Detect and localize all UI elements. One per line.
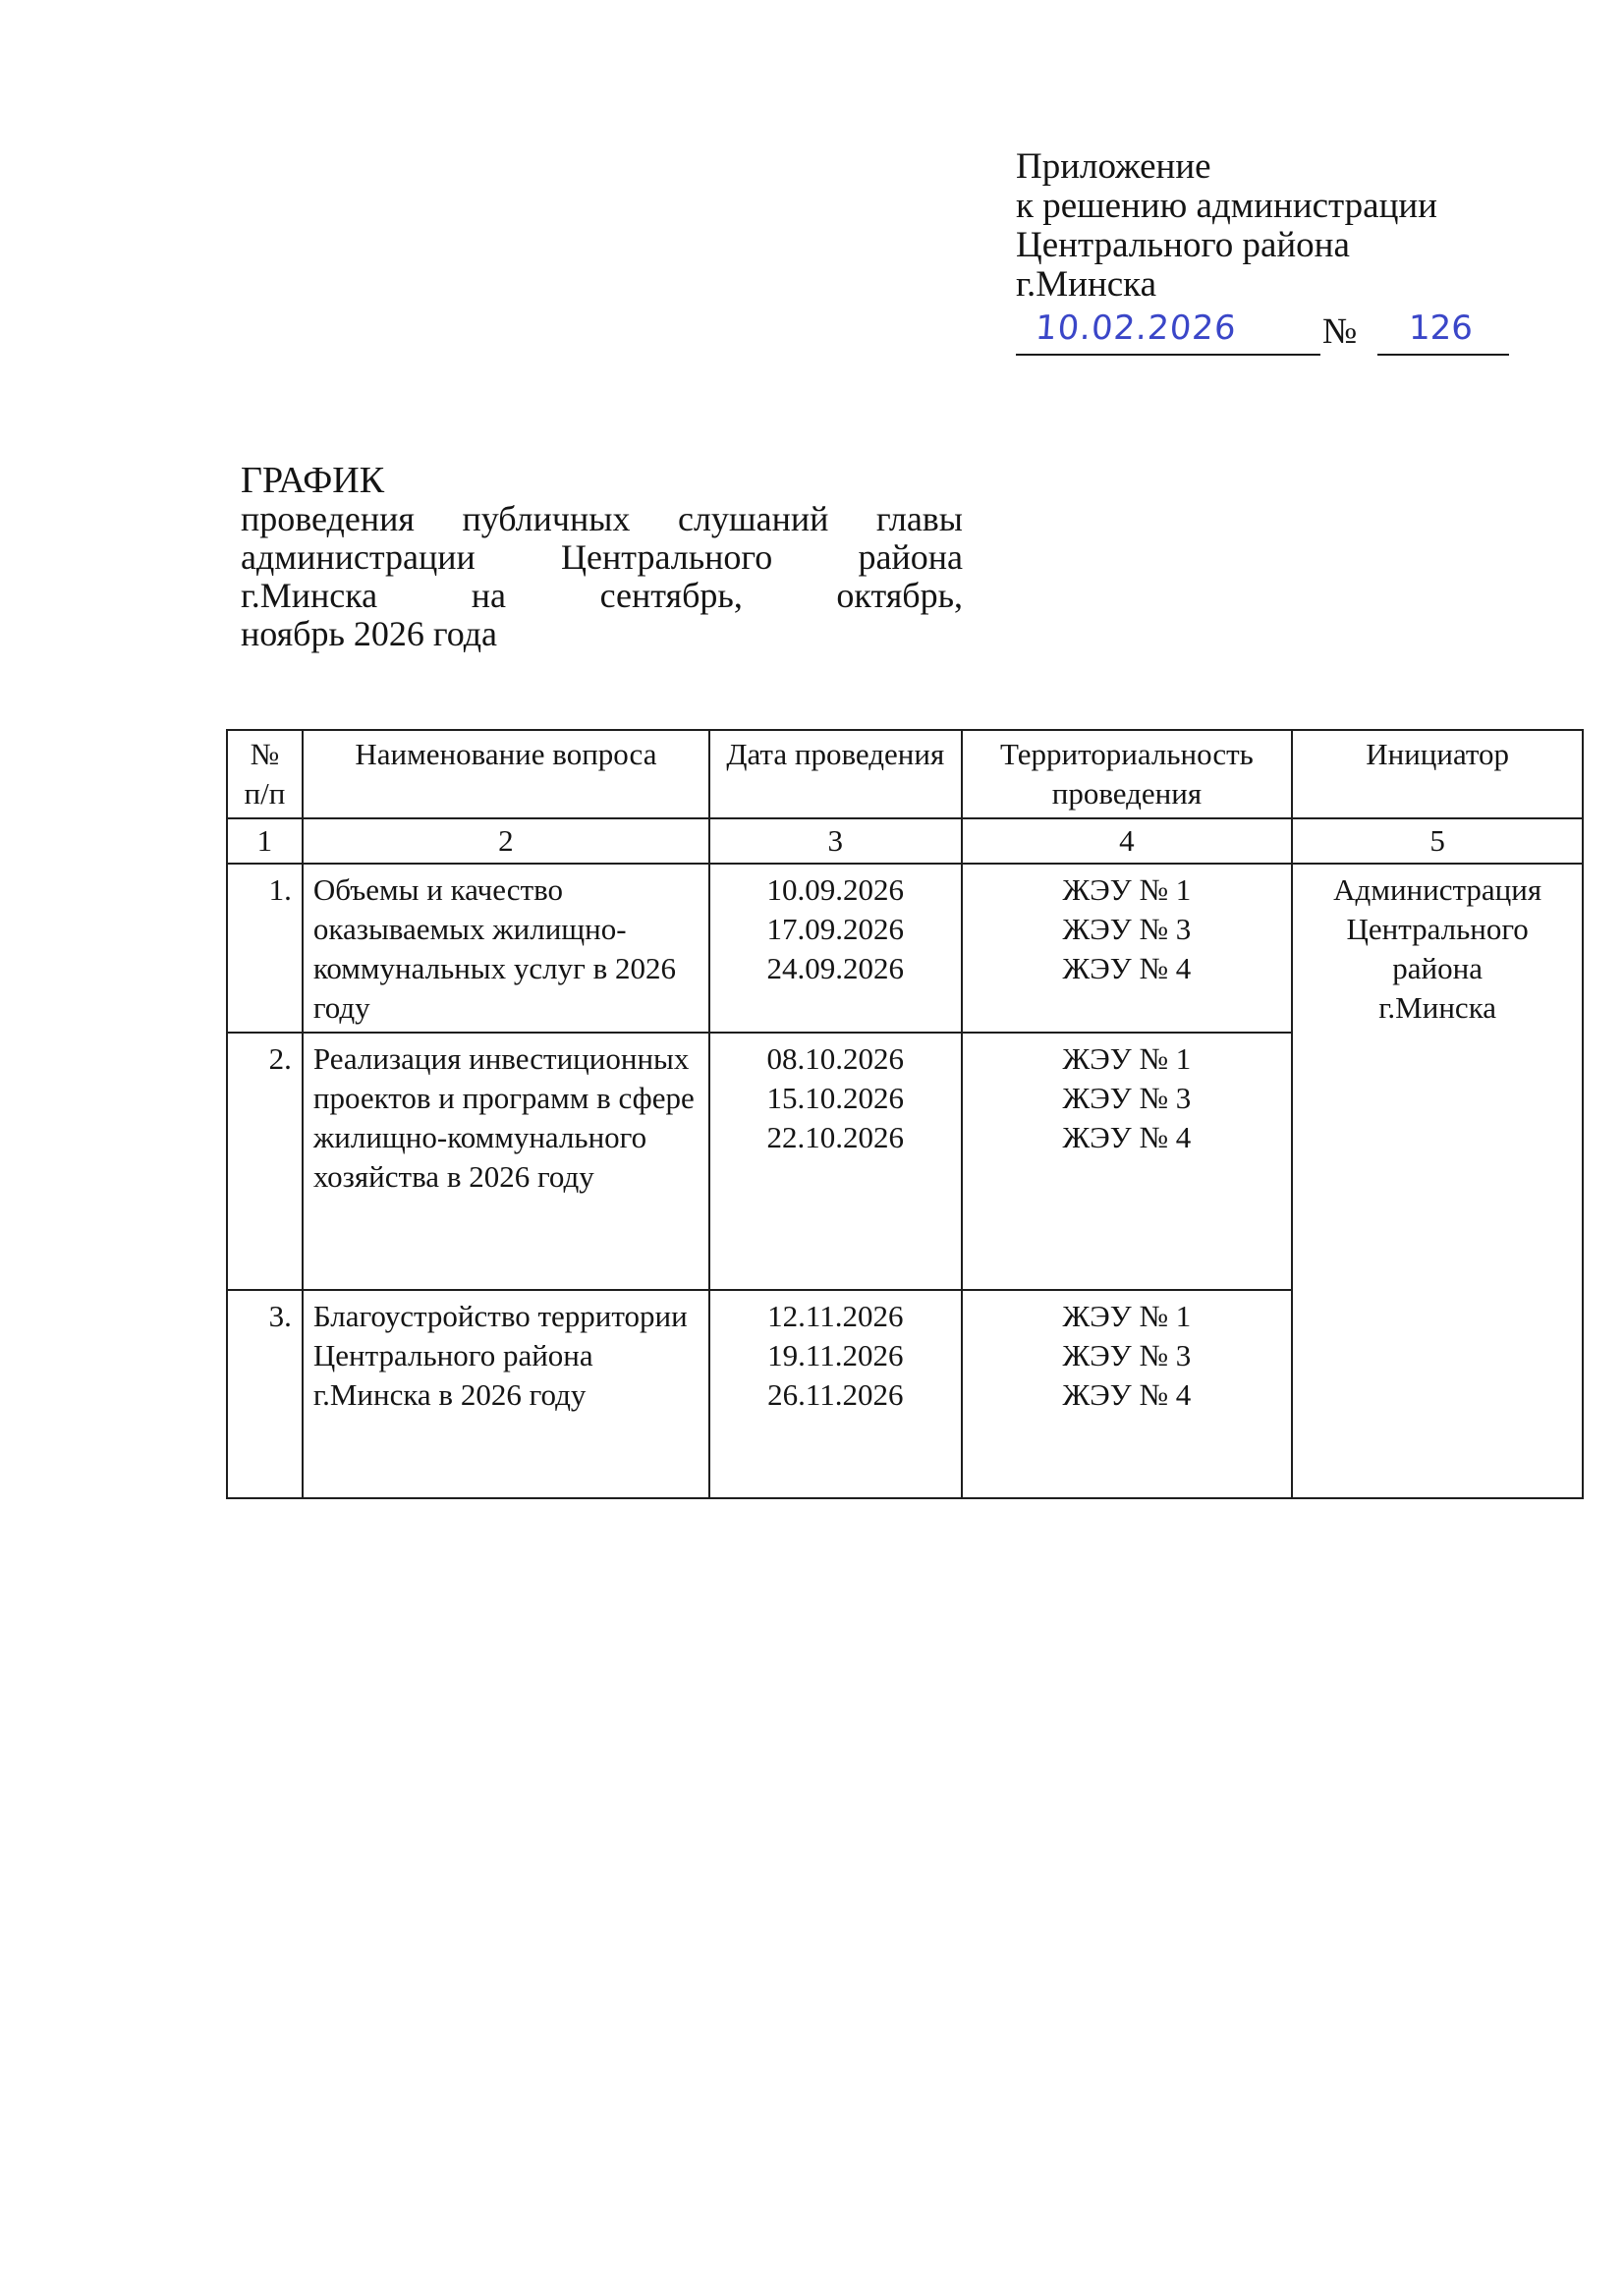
hearing-date: 26.11.2026 — [720, 1375, 951, 1415]
decision-reference: 10.02.2026 № 126 — [1016, 308, 1527, 360]
header-number: № п/п — [227, 730, 303, 818]
appendix-line: Приложение — [1016, 147, 1527, 187]
header-date: Дата проведения — [709, 730, 962, 818]
initiator-cell: Администрация Центрального района г.Минс… — [1292, 864, 1583, 1498]
header-location: Территориальность проведения — [962, 730, 1293, 818]
hearing-location: ЖЭУ № 3 — [973, 910, 1282, 949]
hearing-location: ЖЭУ № 4 — [973, 1118, 1282, 1157]
appendix-line: к решению администрации — [1016, 187, 1527, 226]
hearing-date: 12.11.2026 — [720, 1297, 951, 1336]
row-topic: Объемы и качество оказываемых жилищно-ко… — [303, 864, 709, 1033]
row-topic: Благоустройство территории Центрального … — [303, 1290, 709, 1498]
decision-date-field: 10.02.2026 — [1016, 308, 1320, 356]
appendix-line: г.Минска — [1016, 265, 1527, 305]
appendix-line: Центрального района — [1016, 226, 1527, 265]
row-dates: 12.11.2026 19.11.2026 26.11.2026 — [709, 1290, 962, 1498]
row-locations: ЖЭУ № 1 ЖЭУ № 3 ЖЭУ № 4 — [962, 1290, 1293, 1498]
decision-date: 10.02.2026 — [1035, 308, 1238, 348]
hearing-date: 15.10.2026 — [720, 1079, 951, 1118]
title-subtitle: проведения публичных слушаний главы адми… — [241, 500, 963, 653]
hearings-schedule-table: № п/п Наименование вопроса Дата проведен… — [226, 729, 1584, 1499]
row-dates: 10.09.2026 17.09.2026 24.09.2026 — [709, 864, 962, 1033]
hearing-date: 10.09.2026 — [720, 870, 951, 910]
initiator-line: Администрация — [1303, 870, 1572, 910]
document-page: Приложение к решению администрации Центр… — [0, 0, 1624, 2295]
column-number: 4 — [962, 818, 1293, 864]
hearing-location: ЖЭУ № 4 — [973, 949, 1282, 988]
hearing-location: ЖЭУ № 4 — [973, 1375, 1282, 1415]
appendix-block: Приложение к решению администрации Центр… — [1016, 147, 1527, 360]
hearing-date: 19.11.2026 — [720, 1336, 951, 1375]
initiator-line: г.Минска — [1303, 988, 1572, 1028]
row-topic: Реализация инвестиционных проектов и про… — [303, 1033, 709, 1290]
subtitle-line: администрации Центрального района — [241, 538, 963, 577]
column-number: 5 — [1292, 818, 1583, 864]
table-header-row: № п/п Наименование вопроса Дата проведен… — [227, 730, 1583, 818]
row-number: 2. — [227, 1033, 303, 1290]
column-number: 2 — [303, 818, 709, 864]
subtitle-line: проведения публичных слушаний главы — [241, 500, 963, 538]
row-number: 1. — [227, 864, 303, 1033]
subtitle-line: ноябрь 2026 года — [241, 615, 963, 653]
title-heading: ГРАФИК — [241, 462, 963, 500]
hearing-location: ЖЭУ № 1 — [973, 1297, 1282, 1336]
hearing-location: ЖЭУ № 3 — [973, 1336, 1282, 1375]
row-locations: ЖЭУ № 1 ЖЭУ № 3 ЖЭУ № 4 — [962, 864, 1293, 1033]
decision-number-field: 126 — [1377, 308, 1509, 356]
hearing-date: 17.09.2026 — [720, 910, 951, 949]
row-dates: 08.10.2026 15.10.2026 22.10.2026 — [709, 1033, 962, 1290]
header-topic: Наименование вопроса — [303, 730, 709, 818]
column-numbers-row: 1 2 3 4 5 — [227, 818, 1583, 864]
row-number: 3. — [227, 1290, 303, 1498]
column-number: 1 — [227, 818, 303, 864]
initiator-line: Центрального — [1303, 910, 1572, 949]
initiator-line: района — [1303, 949, 1572, 988]
subtitle-line: г.Минска на сентябрь, октябрь, — [241, 577, 963, 615]
number-sign: № — [1322, 312, 1357, 352]
column-number: 3 — [709, 818, 962, 864]
hearing-location: ЖЭУ № 1 — [973, 1039, 1282, 1079]
hearing-date: 22.10.2026 — [720, 1118, 951, 1157]
hearing-date: 24.09.2026 — [720, 949, 951, 988]
hearing-date: 08.10.2026 — [720, 1039, 951, 1079]
table-row: 1. Объемы и качество оказываемых жилищно… — [227, 864, 1583, 1033]
hearing-location: ЖЭУ № 1 — [973, 870, 1282, 910]
header-initiator: Инициатор — [1292, 730, 1583, 818]
document-title: ГРАФИК проведения публичных слушаний гла… — [241, 462, 963, 653]
row-locations: ЖЭУ № 1 ЖЭУ № 3 ЖЭУ № 4 — [962, 1033, 1293, 1290]
hearing-location: ЖЭУ № 3 — [973, 1079, 1282, 1118]
decision-number: 126 — [1409, 308, 1473, 348]
